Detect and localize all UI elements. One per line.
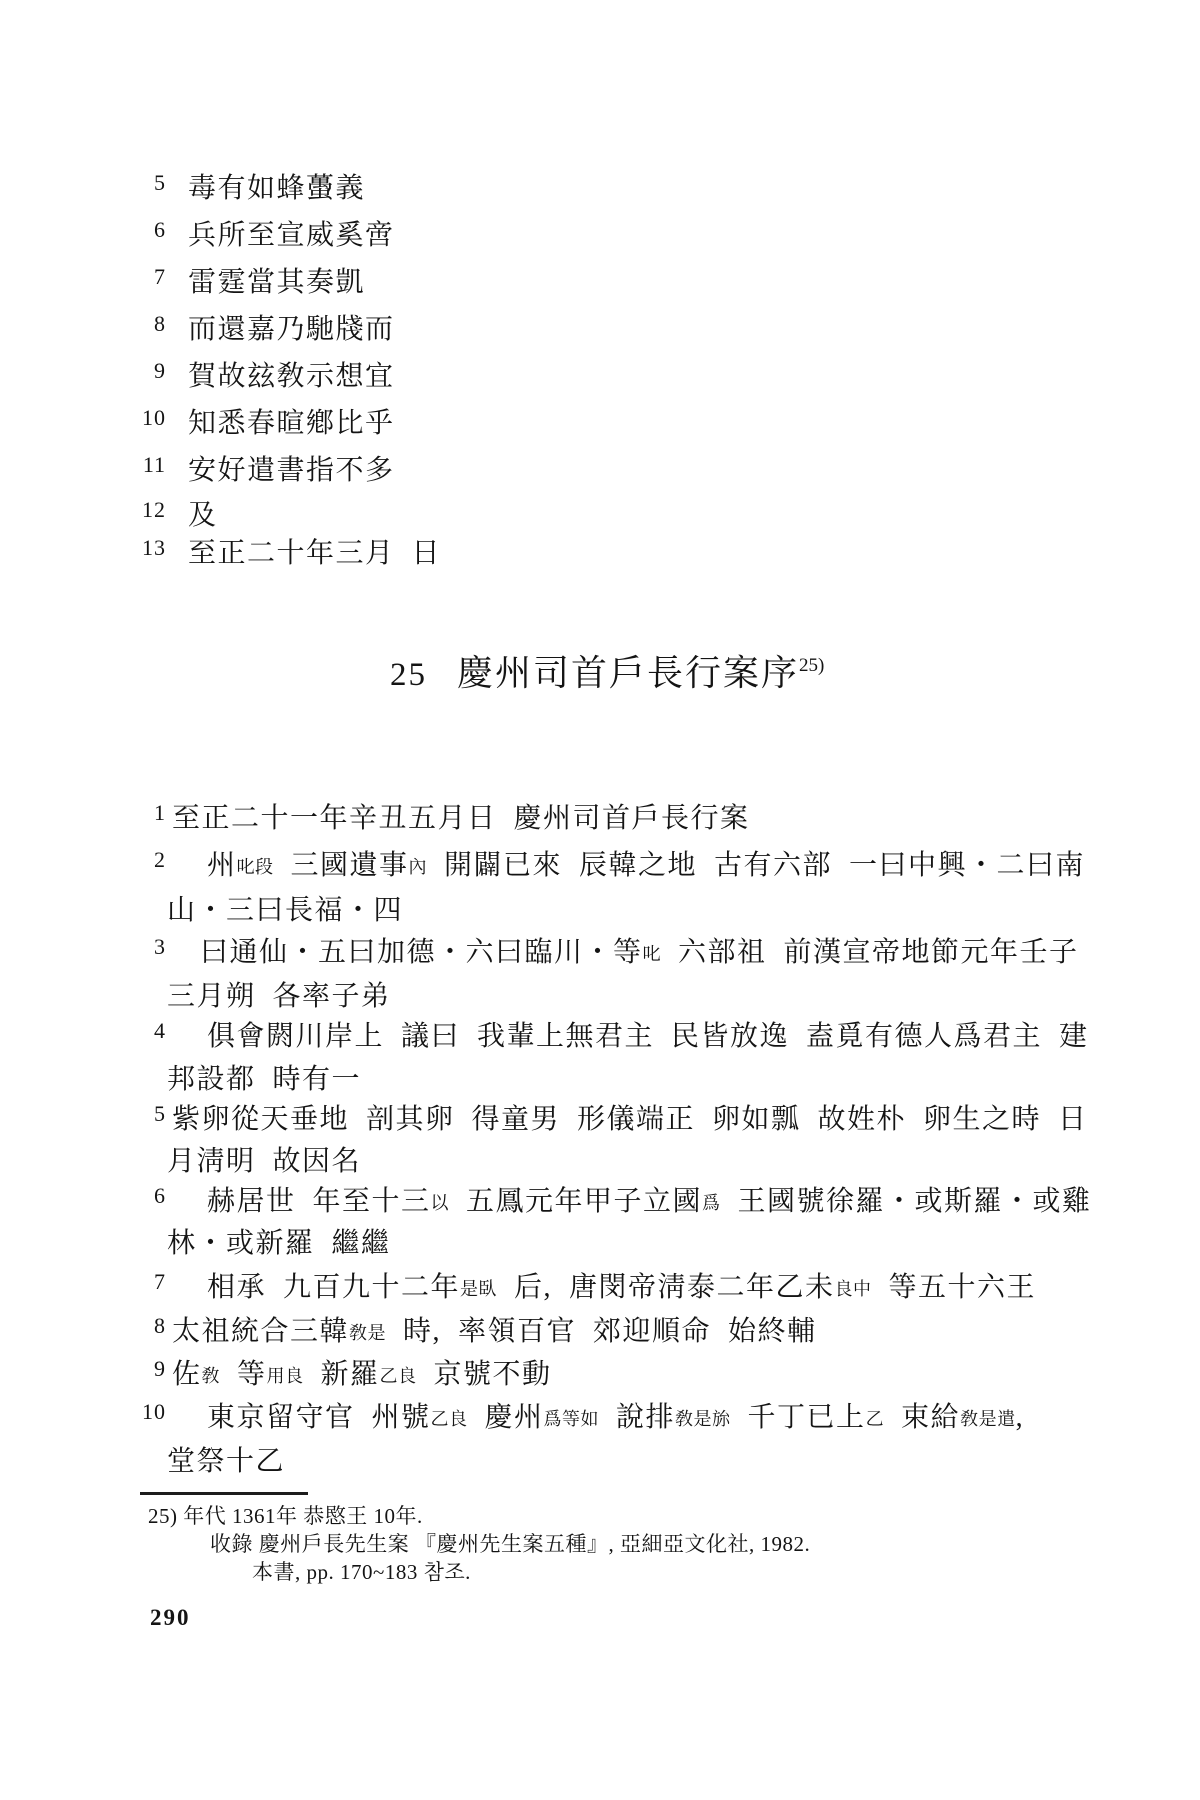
- body-line-text: 州叱段 三國遺事內 開闢已來 辰韓之地 古有六部 一曰中興・二曰南: [207, 843, 1085, 883]
- body-line-text: 邦設都 時有一: [167, 1057, 361, 1097]
- line-number: 7: [120, 264, 166, 290]
- text-segment: 至正二十年三月 日: [188, 538, 441, 569]
- idu-gloss-segment: 是臥: [460, 1279, 497, 1299]
- body-line-text: 山・三曰長福・四: [167, 888, 403, 928]
- body-line-text: 佐敎 等用良 新羅乙良 京號不動: [172, 1352, 552, 1392]
- section-title: 25慶州司首戶長行案序25): [390, 645, 824, 696]
- text-segment: 六部祖 前漢宣帝地節元年壬子: [661, 937, 1079, 968]
- text-segment: 時, 率領百官 郊迎順命 始終輔: [386, 1316, 817, 1347]
- text-segment: 至正二十一年辛丑五月日 慶州司首戶長行案: [172, 803, 750, 834]
- line-number: 9: [120, 358, 166, 384]
- text-segment: 而還嘉乃馳牋而: [188, 314, 395, 345]
- line-number: 2: [120, 847, 166, 873]
- idu-gloss-segment: 乙: [866, 1409, 885, 1429]
- closing-line-text: 至正二十年三月 日: [188, 531, 441, 571]
- text-segment: 千丁已上: [731, 1402, 866, 1433]
- text-segment: 慶州: [468, 1402, 544, 1433]
- closing-line-text: 賀故玆敎示想宜: [188, 354, 395, 394]
- footnote-line: 收錄 慶州戶長先生案 『慶州先生案五種』, 亞細亞文化社, 1982.: [210, 1528, 810, 1558]
- text-segment: 太祖統合三韓: [172, 1316, 349, 1347]
- idu-gloss-segment: 爲: [702, 1193, 721, 1213]
- line-number: 10: [120, 405, 166, 431]
- idu-gloss-segment: 爲等如: [544, 1409, 600, 1429]
- text-segment: 后, 唐閔帝淸泰二年乙未: [497, 1272, 835, 1303]
- line-number: 9: [120, 1356, 166, 1382]
- section-footnote-ref: 25): [799, 655, 824, 676]
- text-segment: 紫卵從天垂地 剖其卵 得童男 形儀端正 卵如瓢 故姓朴 卵生之時 日: [172, 1104, 1088, 1135]
- idu-gloss-segment: 敎是: [349, 1323, 386, 1343]
- page-number: 290: [150, 1605, 191, 1631]
- text-segment: 毒有如蜂蠆義: [188, 173, 365, 204]
- text-segment: 知悉春暄鄕比乎: [188, 408, 395, 439]
- text-segment: 東京留守官 州號: [207, 1402, 431, 1433]
- body-line-text: 三月朔 各率子弟: [167, 974, 391, 1014]
- text-segment: 三月朔 各率子弟: [167, 981, 391, 1012]
- text-segment: 等: [220, 1359, 267, 1390]
- text-segment: 邦設都 時有一: [167, 1064, 361, 1095]
- text-segment: 佐: [172, 1359, 202, 1390]
- text-segment: 俱會閼川岸上 議曰 我輩上無君主 民皆放逸 盍覓有德人爲君主 建: [207, 1021, 1089, 1052]
- closing-line-text: 而還嘉乃馳牋而: [188, 307, 395, 347]
- idu-gloss-segment: 乙良: [380, 1366, 417, 1386]
- body-line-text: 堂祭十乙: [167, 1439, 285, 1479]
- body-line-text: 林・或新羅 繼繼: [167, 1221, 391, 1261]
- scanned-document-page: 5毒有如蜂蠆義6兵所至宣威奚啻7雷霆當其奏凱8而還嘉乃馳牋而9賀故玆敎示想宜10…: [0, 0, 1200, 1800]
- body-line-text: 至正二十一年辛丑五月日 慶州司首戶長行案: [172, 796, 750, 836]
- body-line-text: 月淸明 故因名: [167, 1139, 361, 1179]
- text-segment: 等五十六王: [872, 1272, 1037, 1303]
- line-number: 1: [120, 800, 166, 826]
- idu-gloss-segment: 敎是旀: [675, 1409, 731, 1429]
- body-line-text: 赫居世 年至十三以 五鳳元年甲子立國爲 王國號徐羅・或斯羅・或雞: [207, 1179, 1092, 1219]
- section-title-text: 慶州司首戶長行案序: [457, 653, 799, 693]
- line-number: 7: [120, 1269, 166, 1295]
- text-segment: 林・或新羅 繼繼: [167, 1228, 391, 1259]
- closing-line-text: 安好遣書指不多: [188, 448, 395, 488]
- closing-line-text: 兵所至宣威奚啻: [188, 213, 395, 253]
- text-segment: 五鳳元年甲子立國: [449, 1186, 702, 1217]
- line-number: 5: [120, 170, 166, 196]
- text-segment: 束給: [884, 1402, 960, 1433]
- text-segment: 月淸明 故因名: [167, 1146, 361, 1177]
- idu-gloss-segment: 乙良: [431, 1409, 468, 1429]
- idu-gloss-segment: 叱: [643, 944, 662, 964]
- text-segment: 三國遺事: [274, 850, 409, 881]
- body-line-text: 俱會閼川岸上 議曰 我輩上無君主 民皆放逸 盍覓有德人爲君主 建: [207, 1014, 1089, 1054]
- closing-line-text: 雷霆當其奏凱: [188, 260, 365, 300]
- line-number: 3: [120, 934, 166, 960]
- text-segment: 兵所至宣威奚啻: [188, 220, 395, 251]
- line-number: 11: [120, 452, 166, 478]
- line-number: 8: [120, 1313, 166, 1339]
- idu-gloss-segment: 叱段: [237, 857, 274, 877]
- body-line-text: 相承 九百九十二年是臥 后, 唐閔帝淸泰二年乙未良中 等五十六王: [207, 1265, 1036, 1305]
- idu-gloss-segment: 敎: [202, 1366, 221, 1386]
- text-segment: 新羅: [304, 1359, 380, 1390]
- idu-gloss-segment: 良中: [835, 1279, 872, 1299]
- body-line-text: 紫卵從天垂地 剖其卵 得童男 形儀端正 卵如瓢 故姓朴 卵生之時 日: [172, 1097, 1088, 1137]
- footnote-divider: [140, 1492, 308, 1495]
- text-segment: 開闢已來 辰韓之地 古有六部 一曰中興・二曰南: [427, 850, 1085, 881]
- text-segment: 雷霆當其奏凱: [188, 267, 365, 298]
- closing-line-text: 知悉春暄鄕比乎: [188, 401, 395, 441]
- text-segment: 賀故玆敎示想宜: [188, 361, 395, 392]
- line-number: 12: [120, 497, 166, 523]
- text-segment: 堂祭十乙: [167, 1446, 285, 1477]
- line-number: 6: [120, 1183, 166, 1209]
- text-segment: 州: [207, 850, 237, 881]
- text-segment: 赫居世 年至十三: [207, 1186, 431, 1217]
- text-segment: 說排: [599, 1402, 675, 1433]
- text-segment: 山・三曰長福・四: [167, 895, 403, 926]
- idu-gloss-segment: 用良: [267, 1366, 304, 1386]
- text-segment: 曰通仙・五曰加德・六曰臨川・等: [200, 937, 643, 968]
- footnote-line: 本書, pp. 170~183 참조.: [252, 1556, 471, 1586]
- footnote-line: 25) 年代 1361年 恭愍王 10年.: [148, 1500, 423, 1530]
- body-line-text: 東京留守官 州號乙良 慶州爲等如 說排敎是旀 千丁已上乙 束給敎是遣,: [207, 1395, 1024, 1435]
- idu-gloss-segment: 內: [409, 857, 428, 877]
- body-line-text: 曰通仙・五曰加德・六曰臨川・等叱 六部祖 前漢宣帝地節元年壬子: [200, 930, 1079, 970]
- body-line-text: 太祖統合三韓敎是 時, 率領百官 郊迎順命 始終輔: [172, 1309, 817, 1349]
- line-number: 13: [120, 535, 166, 561]
- line-number: 8: [120, 311, 166, 337]
- text-segment: 及: [188, 500, 218, 531]
- closing-line-text: 毒有如蜂蠆義: [188, 166, 365, 206]
- line-number: 10: [120, 1399, 166, 1425]
- text-segment: 安好遣書指不多: [188, 455, 395, 486]
- section-number: 25: [390, 657, 427, 693]
- line-number: 6: [120, 217, 166, 243]
- idu-gloss-segment: 以: [431, 1193, 450, 1213]
- line-number: 5: [120, 1101, 166, 1127]
- idu-gloss-segment: 敎是遣: [960, 1409, 1016, 1429]
- text-segment: 京號不動: [417, 1359, 552, 1390]
- text-segment: 王國號徐羅・或斯羅・或雞: [721, 1186, 1092, 1217]
- text-segment: 相承 九百九十二年: [207, 1272, 460, 1303]
- line-number: 4: [120, 1018, 166, 1044]
- text-segment: ,: [1016, 1402, 1025, 1433]
- closing-line-text: 及: [188, 493, 218, 533]
